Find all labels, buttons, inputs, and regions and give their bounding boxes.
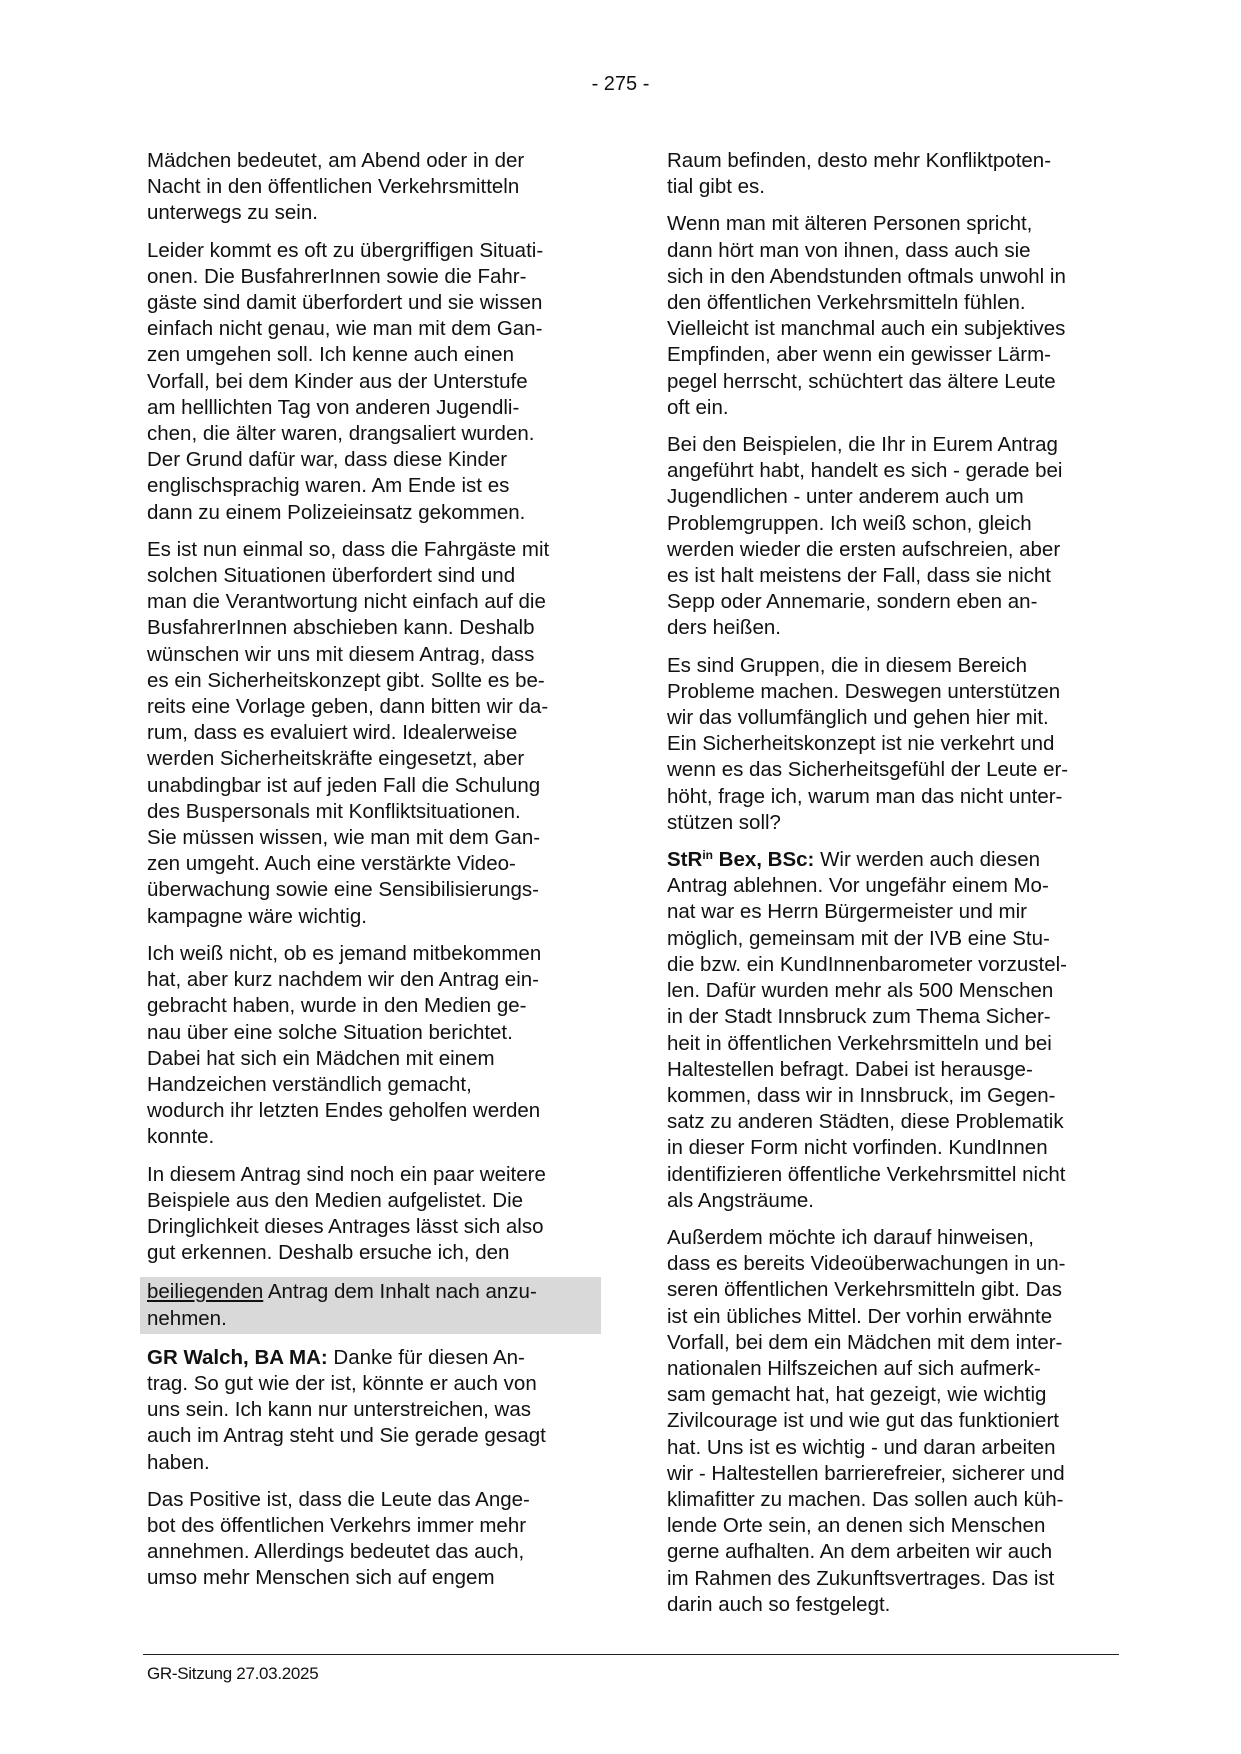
paragraph: Bei den Beispielen, die Ihr in Eurem Ant…	[667, 432, 1127, 642]
text-line: im Rahmen des Zukunftsvertrages. Das ist	[667, 1566, 1127, 1592]
text-line: kampagne wäre wichtig.	[147, 904, 607, 930]
text-line: nat war es Herrn Bürgermeister und mir	[667, 899, 1127, 925]
text-line: dass es bereits Videoüberwachungen in un…	[667, 1251, 1127, 1277]
text-line: BusfahrerInnen abschieben kann. Deshalb	[147, 615, 607, 641]
text-line: Probleme machen. Deswegen unterstützen	[667, 679, 1127, 705]
paragraph: Mädchen bedeutet, am Abend oder in derNa…	[147, 148, 607, 227]
paragraph: Raum befinden, desto mehr Konfliktpoten-…	[667, 148, 1127, 200]
text-line: sich in den Abendstunden oftmals unwohl …	[667, 264, 1127, 290]
text-line: Raum befinden, desto mehr Konfliktpoten-	[667, 148, 1127, 174]
text-line: es ein Sicherheitskonzept gibt. Sollte e…	[147, 668, 607, 694]
text-line: einfach nicht genau, wie man mit dem Gan…	[147, 316, 607, 342]
text-line: konnte.	[147, 1124, 607, 1150]
text-line: Vorfall, bei dem Kinder aus der Unterstu…	[147, 369, 607, 395]
page-number: - 275 -	[0, 72, 1241, 96]
text-line: Empfinden, aber wenn ein gewisser Lärm-	[667, 342, 1127, 368]
text-line: identifizieren öffentliche Verkehrsmitte…	[667, 1162, 1127, 1188]
paragraph: Außerdem möchte ich darauf hinweisen,das…	[667, 1225, 1127, 1618]
paragraph: Leider kommt es oft zu übergriffigen Sit…	[147, 238, 607, 526]
speech-walch: GR Walch, BA MA: Danke für diesen An- tr…	[147, 1345, 607, 1476]
text-line: annehmen. Allerdings bedeutet das auch,	[147, 1539, 607, 1565]
text-line: Zivilcourage ist und wie gut das funktio…	[667, 1408, 1127, 1434]
text-line: pegel herrscht, schüchtert das ältere Le…	[667, 369, 1127, 395]
text-line: es ist halt meistens der Fall, dass sie …	[667, 563, 1127, 589]
paragraph: Es sind Gruppen, die in diesem BereichPr…	[667, 653, 1127, 836]
text-line: Vorfall, bei dem ein Mädchen mit dem int…	[667, 1330, 1127, 1356]
text-line: In diesem Antrag sind noch ein paar weit…	[147, 1162, 607, 1188]
text-line: Antrag ablehnen. Vor ungefähr einem Mo-	[667, 873, 1127, 899]
text-line: nau über eine solche Situation berichtet…	[147, 1020, 607, 1046]
text-line: wünschen wir uns mit diesem Antrag, dass	[147, 642, 607, 668]
text-line: werden Sicherheitskräfte eingesetzt, abe…	[147, 746, 607, 772]
text-line: solchen Situationen überfordert sind und	[147, 563, 607, 589]
text-line: Wenn man mit älteren Personen spricht,	[667, 211, 1127, 237]
text-line: höht, frage ich, warum man das nicht unt…	[667, 784, 1127, 810]
footer-session-date: GR-Sitzung 27.03.2025	[147, 1664, 318, 1684]
text-line: sam gemacht hat, hat gezeigt, wie wichti…	[667, 1382, 1127, 1408]
text-line: hat. Uns ist es wichtig - und daran arbe…	[667, 1435, 1127, 1461]
text-line: den öffentlichen Verkehrsmitteln fühlen.	[667, 290, 1127, 316]
paragraph: Das Positive ist, dass die Leute das Ang…	[147, 1487, 607, 1592]
text-line: wir das vollumfänglich und gehen hier mi…	[667, 705, 1127, 731]
text-line: wodurch ihr letzten Endes geholfen werde…	[147, 1098, 607, 1124]
text-line: möglich, gemeinsam mit der IVB eine Stu-	[667, 926, 1127, 952]
text-line: auch im Antrag steht und Sie gerade gesa…	[147, 1423, 607, 1449]
right-column: Raum befinden, desto mehr Konfliktpoten-…	[667, 148, 1127, 1629]
paragraph: Es ist nun einmal so, dass die Fahrgäste…	[147, 537, 607, 930]
text-line: kommen, dass wir in Innsbruck, im Gegen-	[667, 1083, 1127, 1109]
text-line: zen umgehen soll. Ich kenne auch einen	[147, 342, 607, 368]
underlined-word: beiliegenden	[147, 1280, 263, 1303]
text-line: Mädchen bedeutet, am Abend oder in der	[147, 148, 607, 174]
text-line: Handzeichen verständlich gemacht,	[147, 1072, 607, 1098]
text-line: unterwegs zu sein.	[147, 200, 607, 226]
text-line: Jugendlichen - unter anderem auch um	[667, 484, 1127, 510]
text-line: Es ist nun einmal so, dass die Fahrgäste…	[147, 537, 607, 563]
text-line: überwachung sowie eine Sensibilisierungs…	[147, 877, 607, 903]
text-line: Sie müssen wissen, wie man mit dem Gan-	[147, 825, 607, 851]
text-line: in dieser Form nicht vorfinden. KundInne…	[667, 1135, 1127, 1161]
text-line: wenn es das Sicherheitsgefühl der Leute …	[667, 757, 1127, 783]
text-line: oft ein.	[667, 395, 1127, 421]
text-line: dann hört man von ihnen, dass auch sie	[667, 238, 1127, 264]
text-line: rum, dass es evaluiert wird. Idealerweis…	[147, 720, 607, 746]
highlight-line: beiliegenden Antrag dem Inhalt nach anzu…	[147, 1279, 601, 1305]
text-line: klimafitter zu machen. Das sollen auch k…	[667, 1487, 1127, 1513]
motion-highlight-box: beiliegenden Antrag dem Inhalt nach anzu…	[140, 1277, 601, 1333]
text-line: am helllichten Tag von anderen Jugendli-	[147, 395, 607, 421]
text-line: seren öffentlichen Verkehrsmitteln gibt.…	[667, 1277, 1127, 1303]
text-line: chen, die älter waren, drangsaliert wurd…	[147, 421, 607, 447]
text-line: englischsprachig waren. Am Ende ist es	[147, 473, 607, 499]
text-line: Außerdem möchte ich darauf hinweisen,	[667, 1225, 1127, 1251]
speech-bex: StRin Bex, BSc: Wir werden auch diesen A…	[667, 847, 1127, 1214]
text-line: gerne aufhalten. An dem arbeiten wir auc…	[667, 1539, 1127, 1565]
text-line: reits eine Vorlage geben, dann bitten wi…	[147, 694, 607, 720]
text-line: gebracht haben, wurde in den Medien ge-	[147, 993, 607, 1019]
text-line: unabdingbar ist auf jeden Fall die Schul…	[147, 773, 607, 799]
text-line: Es sind Gruppen, die in diesem Bereich	[667, 653, 1127, 679]
text-line: stützen soll?	[667, 810, 1127, 836]
text-line: Leider kommt es oft zu übergriffigen Sit…	[147, 238, 607, 264]
paragraph: Wenn man mit älteren Personen spricht,da…	[667, 211, 1127, 421]
text-line: onen. Die BusfahrerInnen sowie die Fahr-	[147, 264, 607, 290]
text-line: ders heißen.	[667, 615, 1127, 641]
text-line: Ich weiß nicht, ob es jemand mitbekommen	[147, 941, 607, 967]
text-line: zen umgeht. Auch eine verstärkte Video-	[147, 851, 607, 877]
text-line: heit in öffentlichen Verkehrsmitteln und…	[667, 1031, 1127, 1057]
paragraph: In diesem Antrag sind noch ein paar weit…	[147, 1162, 607, 1267]
speaker-name: GR Walch, BA MA:	[147, 1346, 328, 1369]
text-line: dann zu einem Polizeieinsatz gekommen.	[147, 500, 607, 526]
text-line: wir - Haltestellen barrierefreier, siche…	[667, 1461, 1127, 1487]
text-line: satz zu anderen Städten, diese Problemat…	[667, 1109, 1127, 1135]
text-line: in der Stadt Innsbruck zum Thema Sicher-	[667, 1004, 1127, 1030]
text-line: haben.	[147, 1450, 607, 1476]
text-line: gäste sind damit überfordert und sie wis…	[147, 290, 607, 316]
text-line: Sepp oder Annemarie, sondern eben an-	[667, 589, 1127, 615]
text-line: Der Grund dafür war, dass diese Kinder	[147, 447, 607, 473]
text-line: angeführt habt, handelt es sich - gerade…	[667, 458, 1127, 484]
text-line: Haltestellen befragt. Dabei ist herausge…	[667, 1057, 1127, 1083]
text-line: die bzw. ein KundInnenbarometer vorzuste…	[667, 952, 1127, 978]
text-line: lende Orte sein, an denen sich Menschen	[667, 1513, 1127, 1539]
text-line: werden wieder die ersten aufschreien, ab…	[667, 537, 1127, 563]
text-line: Problemgruppen. Ich weiß schon, gleich	[667, 511, 1127, 537]
text-line: als Angsträume.	[667, 1188, 1127, 1214]
text-line: tial gibt es.	[667, 174, 1127, 200]
highlight-line: nehmen.	[147, 1306, 601, 1332]
text-line: man die Verantwortung nicht einfach auf …	[147, 589, 607, 615]
text-line: Das Positive ist, dass die Leute das Ang…	[147, 1487, 607, 1513]
speaker-name: StRin Bex, BSc:	[667, 848, 814, 871]
text-line: hat, aber kurz nachdem wir den Antrag ei…	[147, 967, 607, 993]
text-line: nationalen Hilfszeichen auf sich aufmerk…	[667, 1356, 1127, 1382]
text-line: ist ein übliches Mittel. Der vorhin erwä…	[667, 1304, 1127, 1330]
text-line: Dabei hat sich ein Mädchen mit einem	[147, 1046, 607, 1072]
text-line: darin auch so festgelegt.	[667, 1592, 1127, 1618]
footer-divider	[143, 1654, 1119, 1655]
text-line: len. Dafür wurden mehr als 500 Menschen	[667, 978, 1127, 1004]
text-line: Beispiele aus den Medien aufgelistet. Di…	[147, 1188, 607, 1214]
text-line: uns sein. Ich kann nur unterstreichen, w…	[147, 1397, 607, 1423]
text-line: des Buspersonals mit Konfliktsituationen…	[147, 799, 607, 825]
paragraph: Ich weiß nicht, ob es jemand mitbekommen…	[147, 941, 607, 1151]
text-line: Bei den Beispielen, die Ihr in Eurem Ant…	[667, 432, 1127, 458]
text-line: bot des öffentlichen Verkehrs immer mehr	[147, 1513, 607, 1539]
text-line: umso mehr Menschen sich auf engem	[147, 1565, 607, 1591]
text-line: gut erkennen. Deshalb ersuche ich, den	[147, 1240, 607, 1266]
left-column: Mädchen bedeutet, am Abend oder in derNa…	[147, 148, 607, 1603]
text-line: Vielleicht ist manchmal auch ein subjekt…	[667, 316, 1127, 342]
text-line: Nacht in den öffentlichen Verkehrsmittel…	[147, 174, 607, 200]
text-line: trag. So gut wie der ist, könnte er auch…	[147, 1371, 607, 1397]
text-line: Ein Sicherheitskonzept ist nie verkehrt …	[667, 731, 1127, 757]
text-line: Dringlichkeit dieses Antrages lässt sich…	[147, 1214, 607, 1240]
